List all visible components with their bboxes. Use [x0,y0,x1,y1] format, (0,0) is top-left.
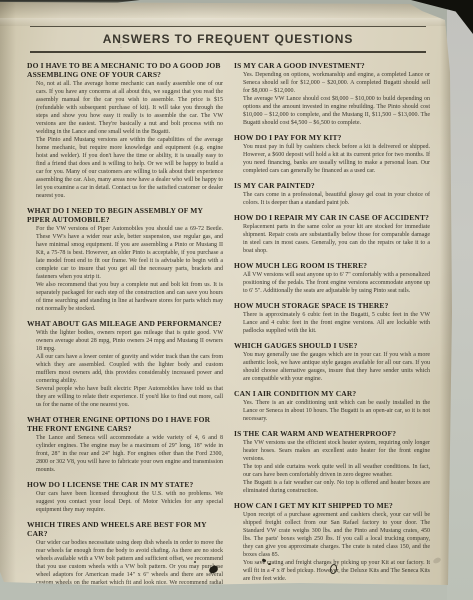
faq-item: IS MY CAR PAINTED?The cars come in a pro… [234,181,430,207]
faq-question: WHICH TIRES AND WHEELS ARE BEST FOR MY C… [27,520,223,538]
faq-answer-paragraph: The VW versions use the efficient stock … [243,439,430,463]
faq-answer-paragraph: Upon receipt of a purchase agreement and… [243,511,430,559]
faq-answer-paragraph: With the lighter bodies, owners report g… [36,329,223,353]
faq-item: WHICH TIRES AND WHEELS ARE BEST FOR MY C… [27,520,223,595]
faq-question: CAN I AIR CONDITION MY CAR? [234,389,430,398]
faq-item: IS THE CAR WARM AND WEATHERPROOF?The VW … [234,429,430,495]
faq-answer-paragraph: The average VW Lance should cost $8,000 … [243,95,430,127]
faq-question: WHAT DO I NEED TO BEGIN ASSEMBLY OF MY P… [27,206,223,224]
faq-item: WHICH GAUGES SHOULD I USE?You may genera… [234,341,430,383]
faq-answer-paragraph: Yes. There is an air conditioning unit w… [243,399,430,423]
faq-item: CAN I AIR CONDITION MY CAR?Yes. There is… [234,389,430,423]
paper-crease [0,18,452,26]
faq-question: WHAT ABOUT GAS MILEAGE AND PERFORMANCE? [27,319,223,328]
faq-item: HOW DO I REPAIR MY CAR IN CASE OF ACCIDE… [234,213,430,255]
faq-answer-paragraph: The Pinto and Mustang versions are withi… [36,136,223,200]
scanned-document-photo: : ANSWERS TO FREQUENT QUESTIONS DO I HAV… [0,0,473,600]
faq-question: HOW MUCH STORAGE SPACE IS THERE? [234,301,430,310]
faq-item: IS MY CAR A GOOD INVESTMENT?Yes. Dependi… [234,61,430,127]
faq-answer-paragraph: Several people who have built electric P… [36,385,223,409]
faq-question: IS MY CAR A GOOD INVESTMENT? [234,61,430,70]
faq-answer-paragraph: You may generally use the gauges which a… [243,351,430,383]
title-banner: : ANSWERS TO FREQUENT QUESTIONS [30,26,426,53]
faq-answer-paragraph: All VW versions will seat anyone up to 6… [243,271,430,295]
faq-answer-paragraph: All our cars have a lower center of grav… [36,353,223,385]
faq-item: WHAT OTHER ENGINE OPTIONS DO I HAVE FOR … [27,415,223,474]
faq-answer-paragraph: Yes. Depending on options, workmanship a… [243,71,430,95]
faq-columns: DO I HAVE TO BE A MECHANIC TO DO A GOOD … [27,61,430,595]
faq-question: IS MY CAR PAINTED? [234,181,430,190]
faq-question: HOW DO I REPAIR MY CAR IN CASE OF ACCIDE… [234,213,430,222]
stray-mark: : [120,42,122,50]
faq-question: DO I HAVE TO BE A MECHANIC TO DO A GOOD … [27,61,223,79]
faq-answer-paragraph: Our cars have been licensed throughout t… [36,490,223,514]
faq-answer-paragraph: You must pay in full by cashiers check b… [243,143,430,175]
ink-spot [268,563,271,565]
faq-question: HOW CAN I GET MY KIT SHIPPED TO ME? [234,501,430,510]
faq-answer-paragraph: No, not at all. The average home mechani… [36,80,223,136]
faq-column-right: IS MY CAR A GOOD INVESTMENT?Yes. Dependi… [234,61,430,595]
faq-answer-paragraph: For the VW versions of Piper Automobiles… [36,225,223,281]
faq-answer-paragraph: Our wider car bodies necessitate using d… [36,539,223,595]
ink-spot [194,561,196,563]
faq-item: HOW DO I LICENSE THE CAR IN MY STATE?Our… [27,480,223,514]
faq-question: IS THE CAR WARM AND WEATHERPROOF? [234,429,430,438]
faq-answer-paragraph: Replacement parts in the same color as y… [243,223,430,255]
faq-item: HOW DO I PAY FOR MY KIT?You must pay in … [234,133,430,175]
faq-question: HOW DO I LICENSE THE CAR IN MY STATE? [27,480,223,489]
faq-item: HOW MUCH STORAGE SPACE IS THERE?There is… [234,301,430,335]
faq-answer-paragraph: The Bugatti is a fair weather car only. … [243,479,430,495]
faq-answer-paragraph: The top and side curtains work quite wel… [243,463,430,479]
faq-question: HOW MUCH LEG ROOM IS THERE? [234,261,430,270]
faq-answer-paragraph: There is approximately 6 cubic feet in t… [243,311,430,335]
faq-item: HOW MUCH LEG ROOM IS THERE?All VW versio… [234,261,430,295]
faq-question: HOW DO I PAY FOR MY KIT? [234,133,430,142]
faq-column-left: DO I HAVE TO BE A MECHANIC TO DO A GOOD … [27,61,223,595]
faq-question: WHICH GAUGES SHOULD I USE? [234,341,430,350]
faq-answer-paragraph: The Lance and Seneca will accommodate a … [36,434,223,474]
page-title: ANSWERS TO FREQUENT QUESTIONS [103,32,354,46]
faq-item: DO I HAVE TO BE A MECHANIC TO DO A GOOD … [27,61,223,200]
document-page: : ANSWERS TO FREQUENT QUESTIONS DO I HAV… [0,2,452,586]
faq-answer-paragraph: The cars come in a professional, beautif… [243,191,430,207]
faq-item: WHAT DO I NEED TO BEGIN ASSEMBLY OF MY P… [27,206,223,313]
faq-item: WHAT ABOUT GAS MILEAGE AND PERFORMANCE?W… [27,319,223,409]
faq-question: WHAT OTHER ENGINE OPTIONS DO I HAVE FOR … [27,415,223,433]
faq-answer-paragraph: We also recommend that you buy a complet… [36,281,223,313]
